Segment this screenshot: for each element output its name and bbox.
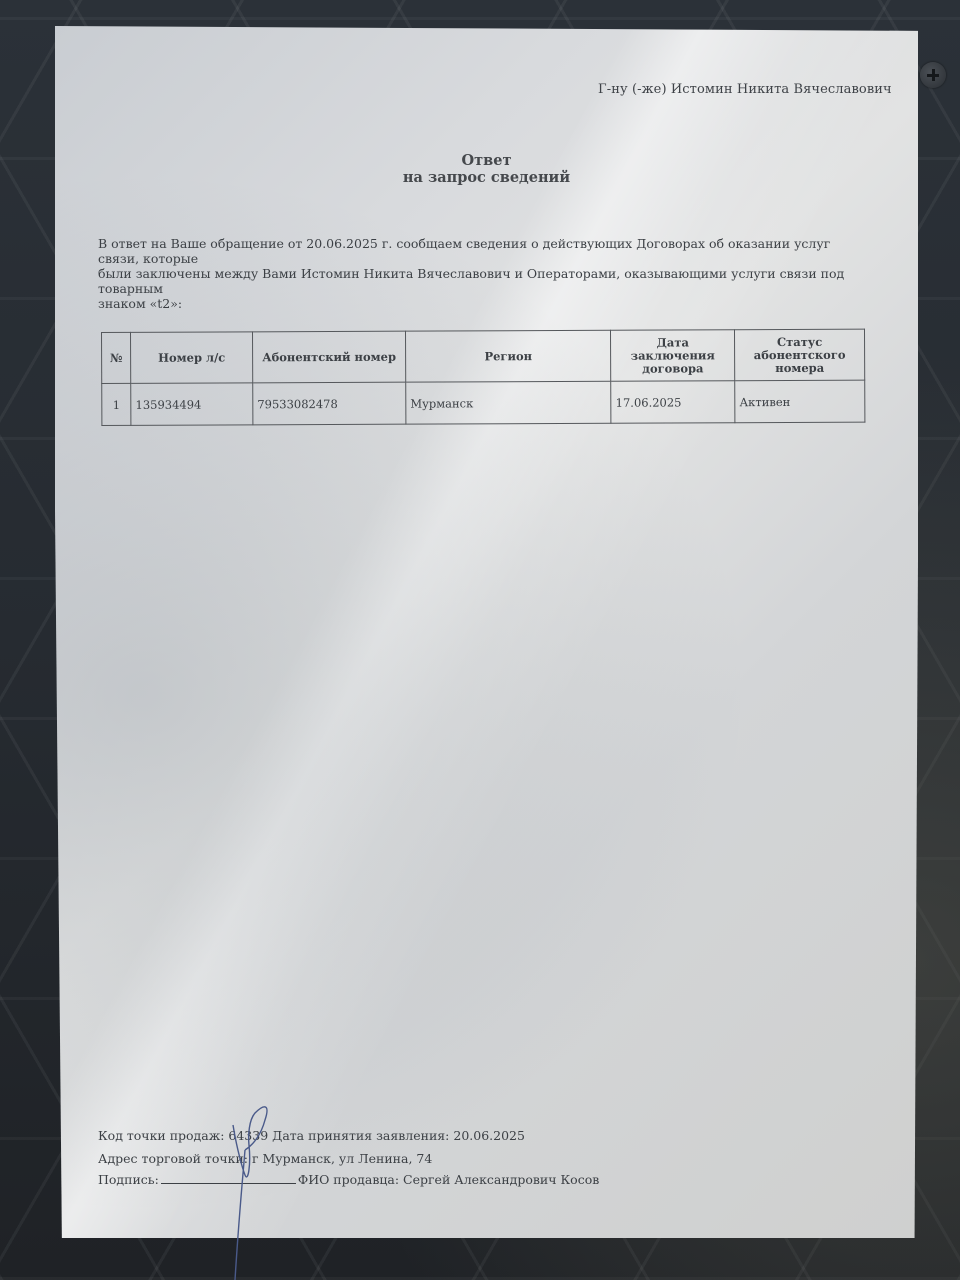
header-account: Номер л/с	[131, 332, 253, 384]
application-date-label: Дата принятия заявления:	[272, 1128, 449, 1143]
footer-signature: Подпись:ФИО продавца: Сергей Александров…	[98, 1172, 599, 1187]
document-subtitle: на запрос сведений	[55, 169, 918, 186]
seller-name: Сергей Александрович Косов	[403, 1172, 599, 1187]
screw-icon	[920, 62, 946, 88]
sales-point-label: Код точки продаж:	[98, 1128, 224, 1143]
cell-account: 135934494	[131, 383, 253, 426]
paper-document: Г-ну (-же) Истомин Никита Вячеславович О…	[55, 26, 918, 1238]
table-header-row: № Номер л/с Абонентский номер Регион Дат…	[102, 329, 865, 383]
footer-sales-point: Код точки продаж: 64339 Дата принятия за…	[98, 1128, 525, 1143]
cell-phone: 79533082478	[253, 382, 406, 425]
application-date: 20.06.2025	[453, 1128, 525, 1143]
header-number: №	[102, 332, 131, 383]
seller-label: ФИО продавца:	[298, 1172, 399, 1187]
footer-address: Адрес торговой точки: г Мурманск, ул Лен…	[98, 1151, 432, 1166]
table-row: 1 135934494 79533082478 Мурманск 17.06.2…	[102, 380, 865, 425]
cell-region: Мурманск	[406, 381, 612, 424]
cell-contract-date: 17.06.2025	[611, 381, 735, 424]
cell-status: Активен	[735, 380, 865, 423]
header-status: Статус абонентского номера	[735, 329, 865, 381]
cell-number: 1	[102, 383, 131, 425]
signature-line	[161, 1173, 296, 1184]
addressee: Г-ну (-же) Истомин Никита Вячеславович	[598, 82, 892, 97]
light-shadow	[55, 26, 918, 1238]
address-label: Адрес торговой точки:	[98, 1151, 248, 1166]
intro-line-1: В ответ на Ваше обращение от 20.06.2025 …	[98, 236, 868, 266]
intro-line-3: знаком «t2»:	[98, 296, 868, 311]
header-region: Регион	[405, 330, 611, 382]
signature-label: Подпись:	[98, 1172, 159, 1187]
sales-point-code: 64339	[228, 1128, 268, 1143]
document-title: Ответ	[55, 152, 918, 169]
address-value: г Мурманск, ул Ленина, 74	[252, 1151, 432, 1166]
intro-line-2: были заключены между Вами Истомин Никита…	[98, 266, 868, 296]
contracts-table: № Номер л/с Абонентский номер Регион Дат…	[101, 329, 865, 426]
intro-paragraph: В ответ на Ваше обращение от 20.06.2025 …	[98, 236, 868, 311]
header-phone: Абонентский номер	[252, 331, 405, 383]
header-contract-date: Дата заключения договора	[611, 330, 735, 382]
